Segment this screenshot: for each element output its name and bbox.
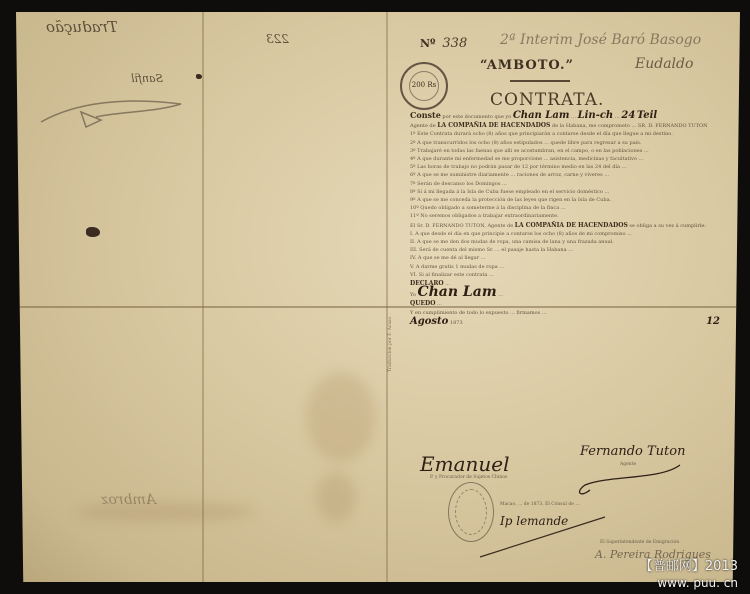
closing-paragraph: Y en cumplimiento de todo lo expuesto ..… [402, 310, 720, 317]
agent-signature-flourish [570, 460, 690, 500]
handwritten-prefix: 2ª Interim [500, 32, 573, 48]
date-line: Agosto 1873 12 [402, 318, 720, 327]
agent-company: LA COMPAÑIA DE HACENDADOS [515, 222, 628, 229]
contract-title: CONTRATA. [490, 90, 604, 110]
filled-age: 24 [621, 110, 635, 121]
number-value: 338 [442, 36, 467, 51]
clause: 4º A que durante mi enfermedad se me pro… [402, 156, 720, 163]
company-suffix: de la Habana, me comprometo ... SR. D. F… [552, 123, 708, 129]
filled-place: Lin-ch [578, 110, 614, 121]
back-handwriting-2: 223 [266, 32, 289, 46]
stamp-value: 200 Rs [412, 82, 436, 90]
date-month: Agosto [410, 316, 448, 327]
back-signature-flourish [36, 82, 186, 132]
ink-blot [196, 74, 202, 79]
stain [306, 372, 376, 462]
middle-signature-stroke [470, 512, 610, 562]
agent-line: El Sr. D. FERNANDO TUTON, Agente de LA C… [402, 222, 720, 230]
obligation: I. A que desde el día en que principie a… [402, 231, 720, 238]
clause: 3º Trabajaré en todas las faenas que all… [402, 148, 720, 155]
stamp-inner: 200 Rs [409, 71, 439, 101]
clause: 2º A que transcurridos los ocho (8) años… [402, 140, 720, 147]
left-signature: Emanuel [420, 452, 509, 476]
clause: 9º A que se me conceda la protección de … [402, 197, 720, 204]
yo-line: Yo Chan Lam … [402, 289, 720, 299]
center-fold-line [386, 12, 388, 582]
vertical-fold-line [202, 12, 204, 582]
clause: 6º A que se me suministre diariamente ..… [402, 172, 720, 179]
yo-word: Yo [410, 292, 416, 298]
document-photo: Tradução 223 Sanfil Ambroz Nº 338 2ª Int… [16, 12, 740, 582]
handwritten-name: José Baró Basogo [577, 32, 701, 48]
clause: 1º Este Contrata durará ocho (8) años qu… [402, 131, 720, 138]
watermark-line-1: 【普邮网】2013 [640, 555, 738, 574]
contract-body: Conste por este documento que yo Chan La… [402, 112, 720, 328]
quedo-word: QUEDO [410, 300, 435, 307]
company-prefix: Agente de [410, 123, 436, 129]
date-day: 12 [698, 318, 720, 325]
company-name: LA COMPAÑIA DE HACENDADOS [437, 122, 550, 129]
clause: 10º Quedo obligado a someterme á la disc… [402, 205, 720, 212]
clause: 7º Serán de descanso los Domingos ... [402, 181, 720, 188]
clause: 5º Las horas de trabajo no podrán pasar … [402, 164, 720, 171]
contract-front: Nº 338 2ª Interim José Baró Basogo Eudal… [390, 12, 730, 582]
number-label: Nº [420, 37, 436, 50]
contract-number: Nº 338 [420, 36, 467, 51]
clause: 8º Si á mi llegada á la Isla de Cuba fue… [402, 189, 720, 196]
opening-word: Conste [410, 110, 441, 120]
obligation: III. Será de cuenta del mismo Sr. ... el… [402, 247, 720, 254]
obligation: II. A que se me den dos mudas de ropa, u… [402, 239, 720, 246]
faded-back-writing: Ambroz [101, 492, 156, 508]
superintendent-label: El Superintendente de Emigración [600, 540, 679, 545]
clause: 11º No seremos obligados a trabajar extr… [402, 213, 720, 220]
agent-signature: Fernando Tuton [580, 444, 685, 459]
stain [316, 472, 356, 522]
ship-name: “AMBOTO.” [480, 58, 574, 73]
vertical-side-text: Traduccion por F. Acaso [388, 317, 393, 372]
filled-name: Chan Lam [513, 110, 570, 121]
handwritten-right-name: Eudaldo [635, 56, 693, 72]
quedo-line: QUEDO … [402, 300, 720, 308]
opening-text: por este documento que yo [442, 114, 511, 120]
company-line: Agente de LA COMPAÑIA DE HACENDADOS de l… [402, 122, 720, 130]
obligation: V. A darme gratis 1 mudas de ropa ... [402, 264, 720, 271]
agent-line-suffix: se obliga a su vez á cumplirle: [629, 223, 706, 229]
filled-signature-name: Chan Lam [417, 284, 496, 300]
middle-signature-label: Macao, ... de 1873. El Cónsul de ... [500, 502, 580, 507]
back-handwriting-1: Tradução [46, 18, 118, 36]
ink-blot [86, 227, 100, 237]
header-rule [510, 80, 570, 82]
handwritten-header-name: 2ª Interim José Baró Basogo [500, 32, 701, 48]
left-signature-role: P. y Procurador de Sujetos Chinos [430, 475, 507, 480]
obligation: VI. Si al finalizar este contrata ... [402, 272, 720, 279]
watermark-line-2: www. puu. cn [640, 576, 738, 590]
obligation: IV. A que se me dé al llegar ... [402, 255, 720, 262]
agent-line-text: El Sr. D. FERNANDO TUTON, Agente de [410, 223, 513, 229]
date-year: 1873 [450, 320, 463, 326]
opening-paragraph: Conste por este documento que yo Chan La… [402, 112, 720, 121]
watermark: 【普邮网】2013 www. puu. cn [640, 555, 738, 590]
filled-name-2: Teil [637, 110, 657, 121]
revenue-stamp: 200 Rs [400, 62, 448, 110]
